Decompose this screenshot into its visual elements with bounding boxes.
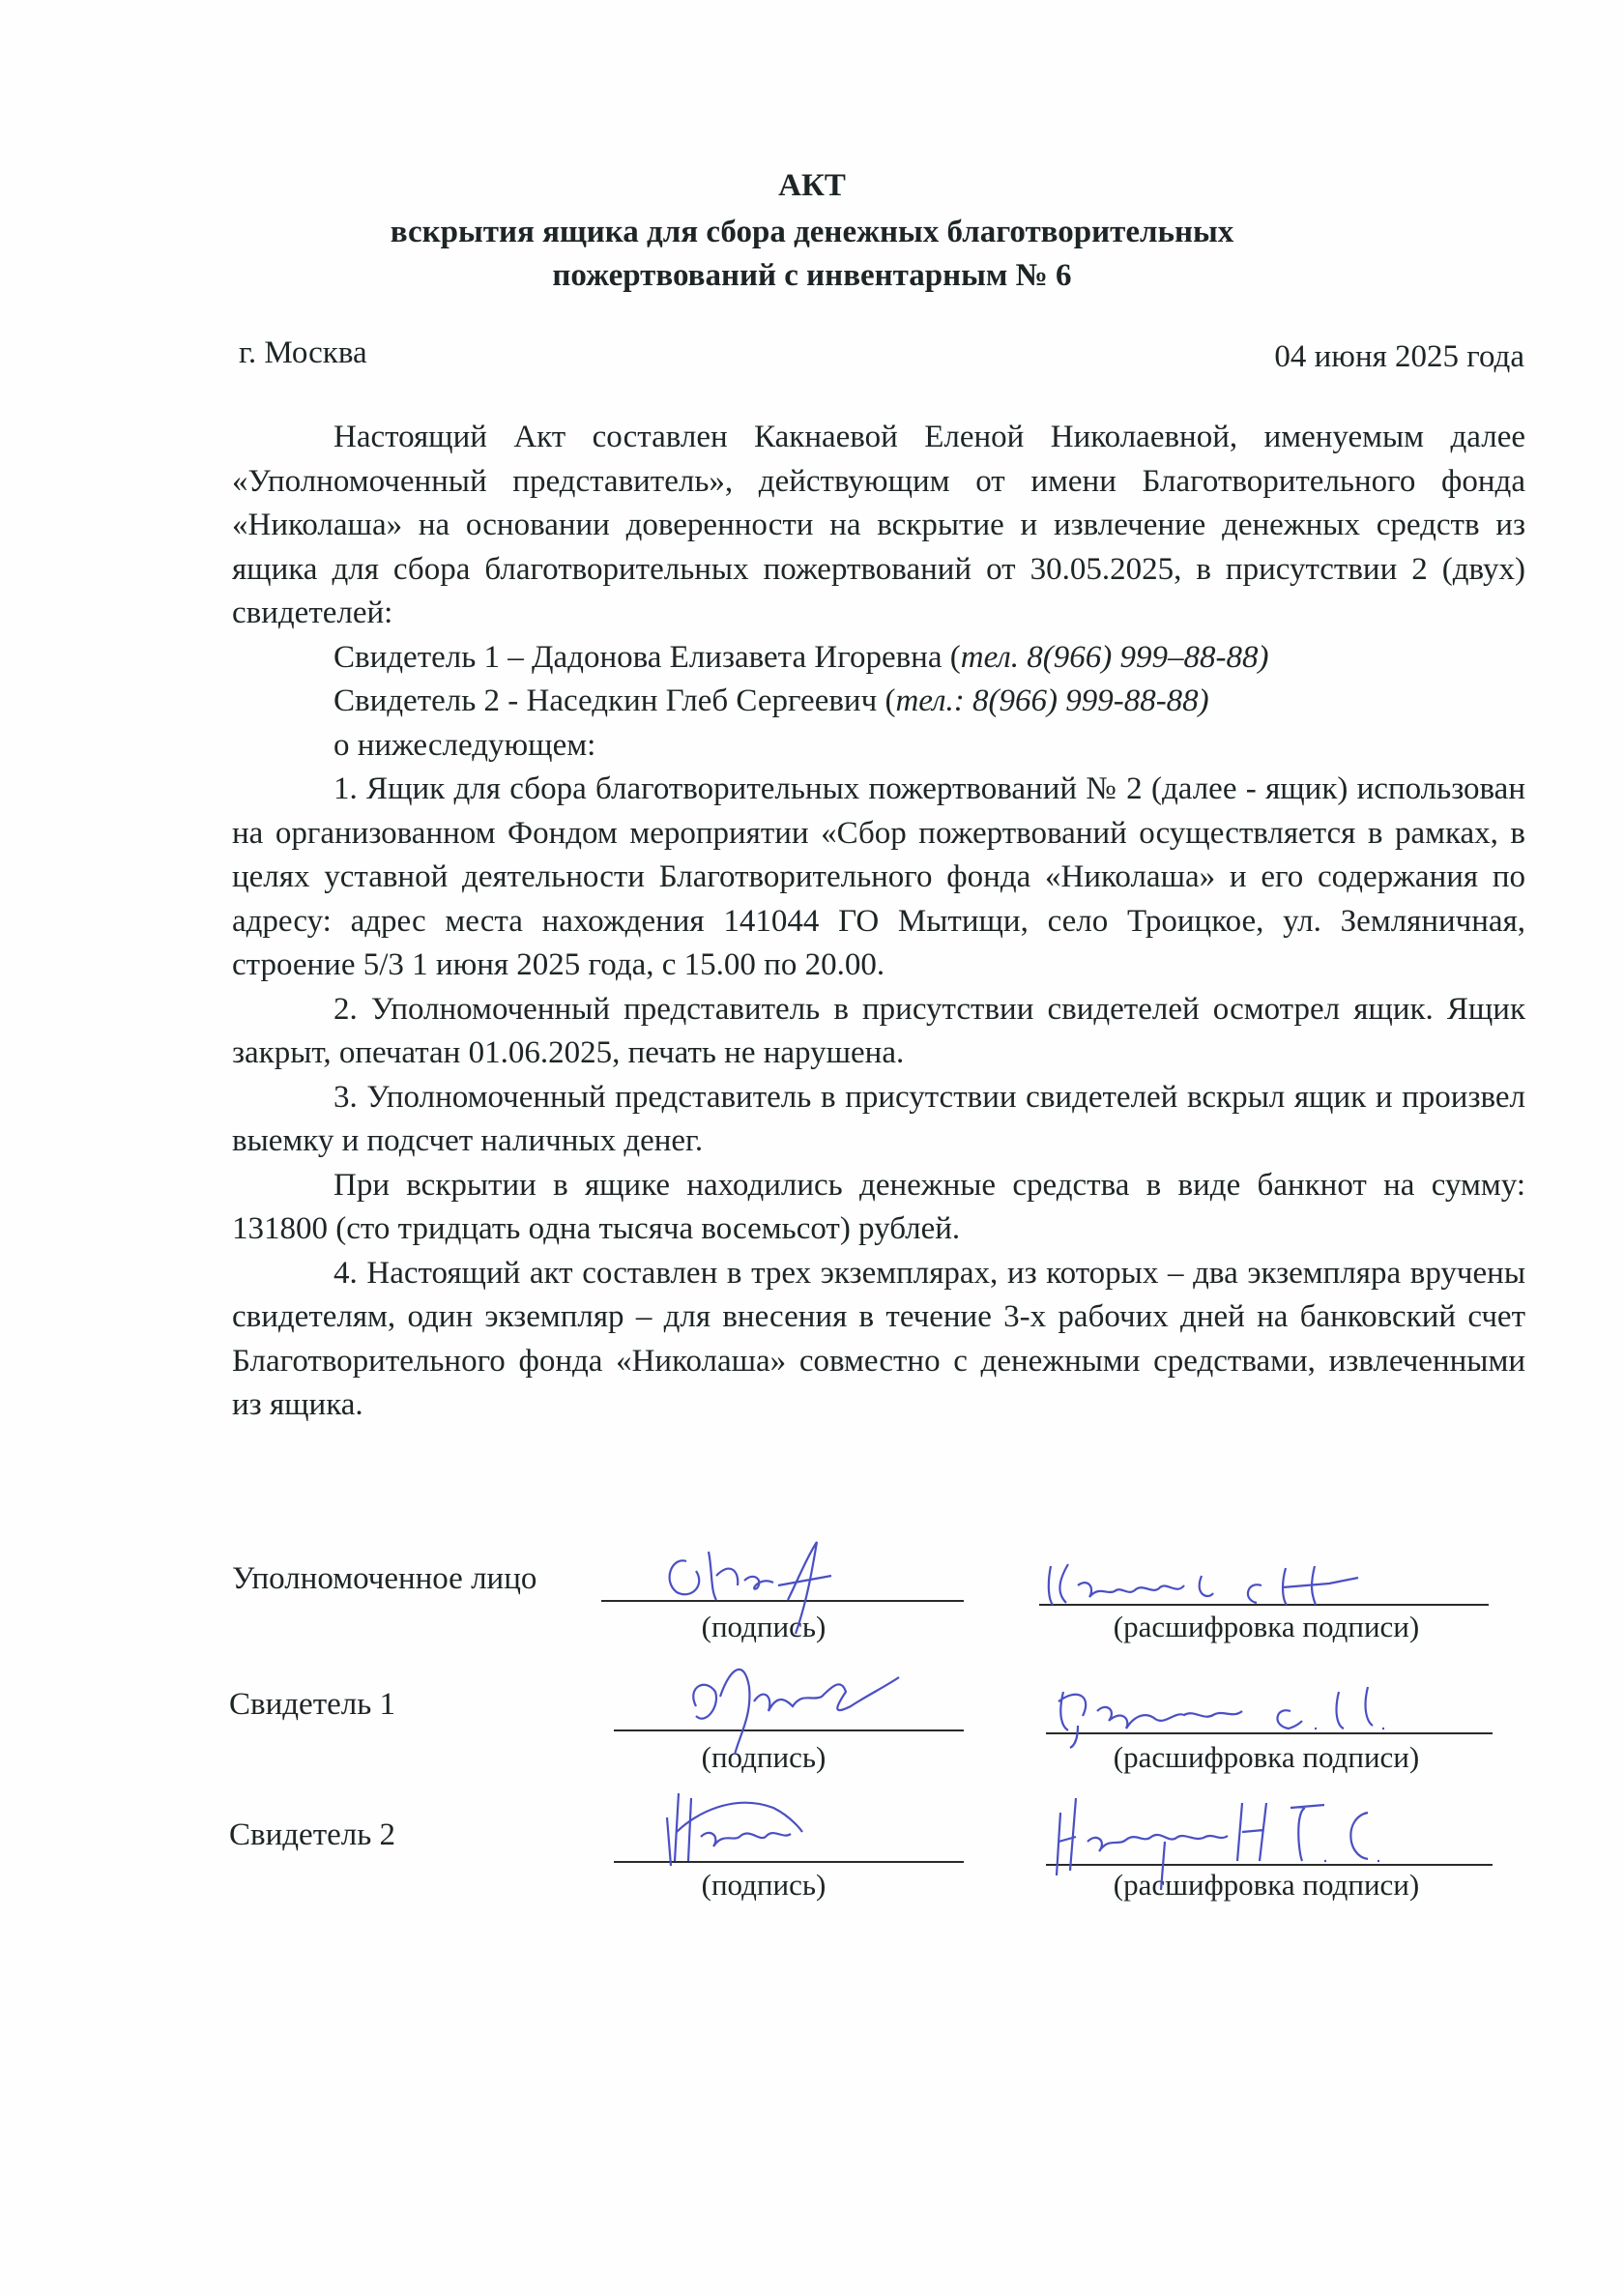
decode-caption: (расшифровка подписи) (1063, 1610, 1469, 1644)
city: г. Москва (239, 335, 367, 371)
handwritten-name-witness-1 (1049, 1672, 1455, 1750)
witness-1-line: Свидетель 1 – Дадонова Елизавета Игоревн… (232, 636, 1525, 681)
signature-caption: (подпись) (667, 1868, 860, 1903)
document-subtitle-line1: вскрытия ящика для сбора денежных благот… (0, 211, 1624, 253)
item-4: 4. Настоящий акт составлен в трех экземп… (232, 1252, 1525, 1428)
signature-role-witness-1: Свидетель 1 (229, 1687, 395, 1723)
witness-2-label: Свидетель 2 - Наседкин Глеб Сергеевич ( (333, 683, 895, 718)
document-body: Настоящий Акт составлен Какнаевой Еленой… (232, 416, 1525, 1428)
signature-role-witness-2: Свидетель 2 (229, 1817, 395, 1853)
document-page: АКТ вскрытия ящика для сбора денежных бл… (0, 0, 1624, 2296)
handwritten-signature-witness-2 (657, 1784, 851, 1871)
witness-1-phone: тел. 8(966) 999–88-88) (961, 640, 1269, 675)
handwritten-signature-authorized (652, 1532, 846, 1639)
document-subtitle-line2: пожертвований с инвентарным № 6 (0, 254, 1624, 297)
item-2: 2. Уполномоченный представитель в присут… (232, 988, 1525, 1076)
document-title: АКТ (0, 164, 1624, 207)
handwritten-name-witness-2 (1049, 1784, 1455, 1890)
item-1: 1. Ящик для сбора благотворительных поже… (232, 768, 1525, 988)
following-line: о нижеследующем: (232, 724, 1525, 769)
witness-2-phone: тел.: 8(966) 999-88-88) (895, 683, 1208, 718)
intro-paragraph: Настоящий Акт составлен Какнаевой Еленой… (232, 416, 1525, 636)
document-date: 04 июня 2025 года (1274, 339, 1524, 375)
witness-2-line: Свидетель 2 - Наседкин Глеб Сергеевич (т… (232, 680, 1525, 724)
witness-1-label: Свидетель 1 – Дадонова Елизавета Игоревн… (333, 640, 961, 675)
item-3: 3. Уполномоченный представитель в присут… (232, 1076, 1525, 1164)
signature-role-authorized: Уполномоченное лицо (232, 1561, 536, 1597)
handwritten-name-authorized (1039, 1556, 1406, 1614)
item-3-amount: При вскрытии в ящике находились денежные… (232, 1164, 1525, 1252)
handwritten-signature-witness-1 (677, 1648, 928, 1764)
